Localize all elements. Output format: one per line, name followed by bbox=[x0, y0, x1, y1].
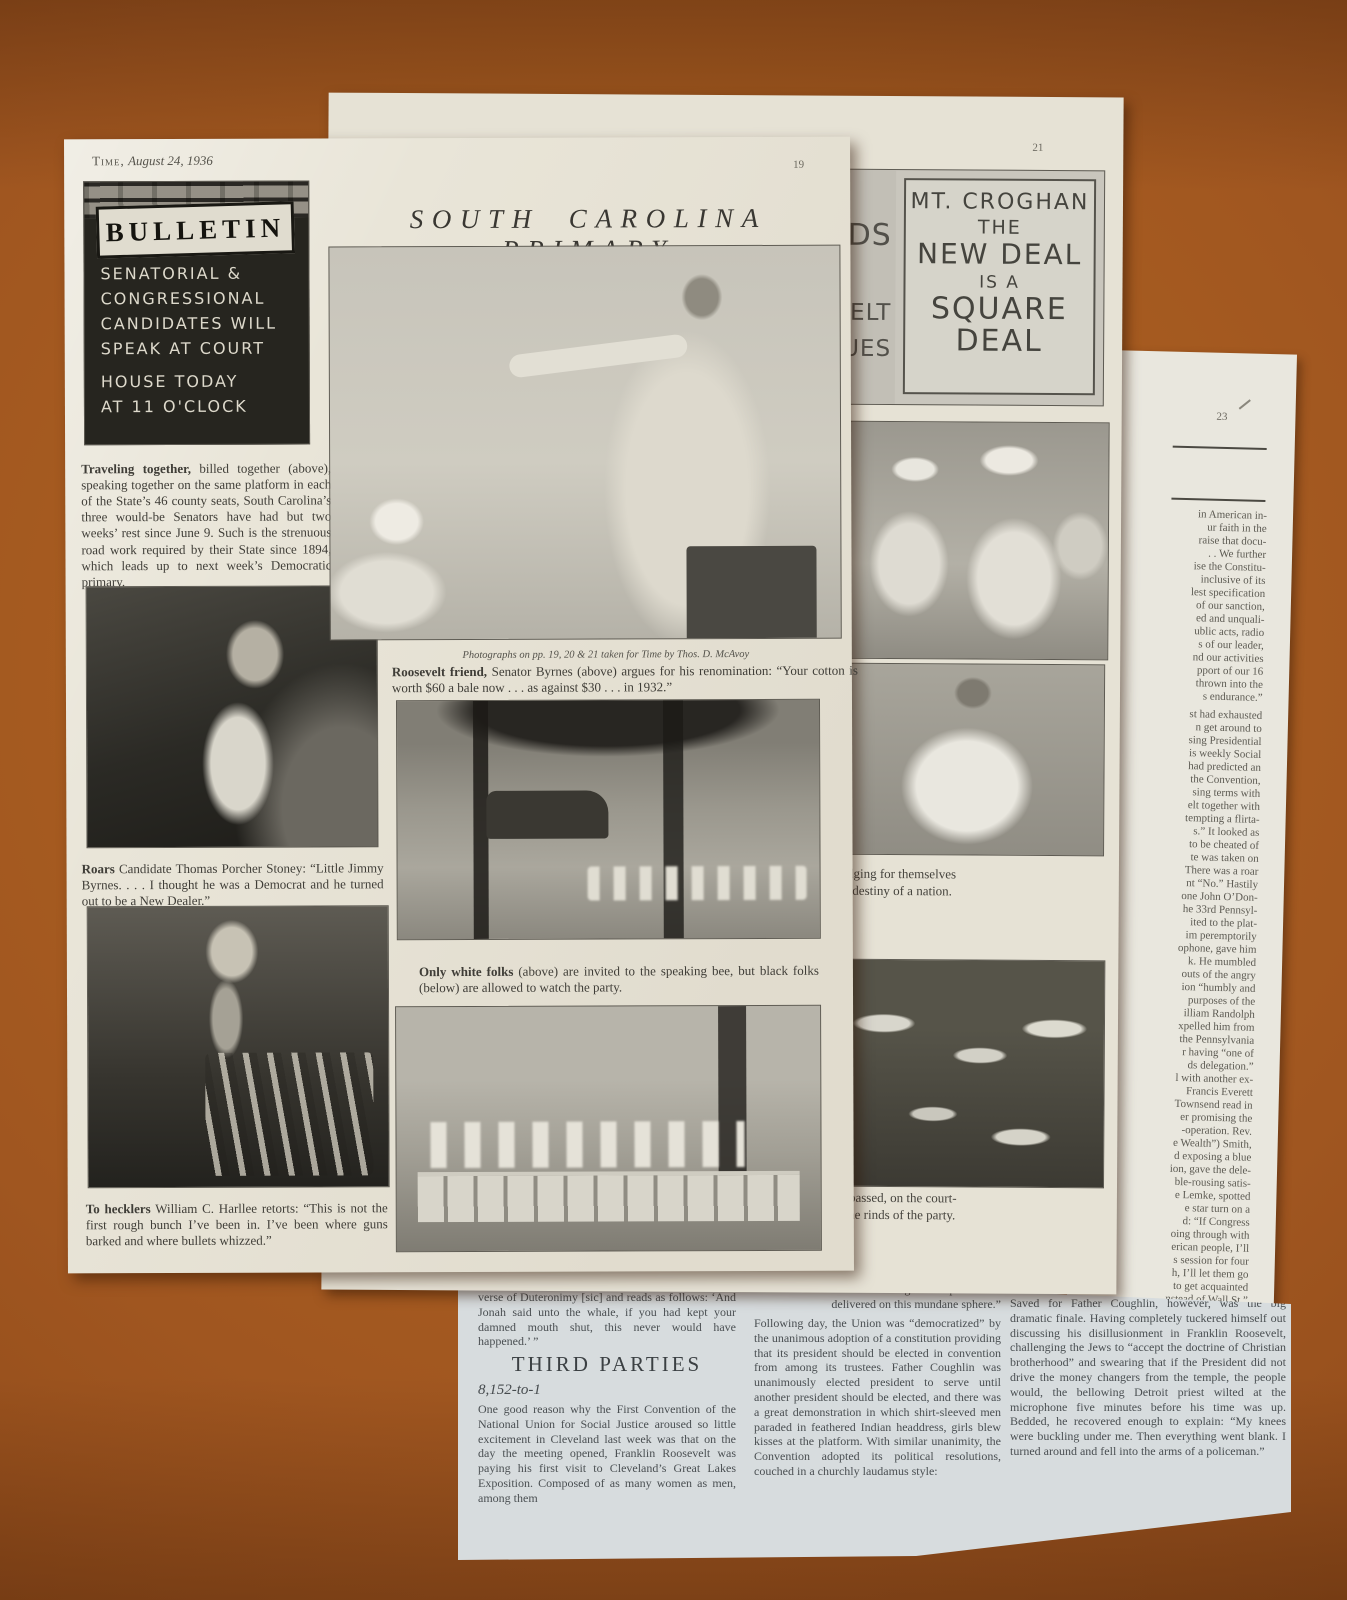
column-text-fragment: in American in- ur faith in the raise th… bbox=[1112, 506, 1267, 705]
crowd-pith-helmets-photo bbox=[830, 421, 1109, 661]
bench-spectators-photo bbox=[395, 1005, 822, 1252]
section-rule bbox=[1171, 498, 1265, 502]
page-number: 19 bbox=[793, 159, 804, 171]
tree-trunk bbox=[663, 700, 684, 938]
column3-paragraph: Saved for Father Coughlin, however, was … bbox=[1010, 1296, 1286, 1459]
car-shape bbox=[486, 791, 608, 839]
sign-line: DEAL bbox=[905, 325, 1093, 359]
caption-roars: Roars Candidate Thomas Porcher Stoney: “… bbox=[82, 860, 384, 909]
caption-rinds: as passed, on the court- n the rinds of … bbox=[835, 1190, 1085, 1225]
issue-date: August 24, 1936 bbox=[128, 153, 213, 168]
magazine-page-19: Time, August 24, 1936 19 SOUTH CAROLINA … bbox=[64, 137, 854, 1274]
chalk-notice: SENATORIAL & CONGRESSIONAL CANDIDATES WI… bbox=[100, 266, 301, 425]
pointing-arm bbox=[508, 333, 688, 378]
section-rule bbox=[1173, 446, 1267, 450]
sign-line: MT. CROGHAN bbox=[906, 190, 1094, 215]
lectern-shape bbox=[686, 546, 816, 638]
caption-to-hecklers: To hecklers William C. Harllee retorts: … bbox=[86, 1200, 388, 1249]
crowd-row bbox=[587, 866, 807, 901]
speaking-bee-crowd-photo bbox=[396, 699, 821, 940]
seated-spectator-photo bbox=[829, 663, 1105, 857]
caption-lead: Traveling together, bbox=[81, 461, 191, 476]
sign-fragment-text: ELT bbox=[850, 300, 891, 326]
caption-lead: Roars bbox=[82, 861, 115, 876]
chalk-line: CANDIDATES WILL bbox=[101, 316, 301, 333]
watermelon-rinds-photo bbox=[827, 959, 1105, 1189]
caption-lead: Roosevelt friend, bbox=[392, 664, 487, 679]
chalk-line: SPEAK AT COURT bbox=[101, 341, 301, 358]
third-parties-heading: THIRD PARTIES bbox=[478, 1352, 736, 1377]
square-deal-sign-photo: DS ELT UES MT. CROGHAN THE NEW DEAL IS A… bbox=[832, 169, 1105, 407]
column2-paragraph: Following day, the Union was “democratiz… bbox=[754, 1316, 1001, 1479]
column1-fragment: verse of Duteronimy [sic] and reads as f… bbox=[478, 1290, 736, 1349]
photo-credit: Photographs on pp. 19, 20 & 21 taken for… bbox=[366, 649, 846, 662]
mt-croghan-sign: MT. CROGHAN THE NEW DEAL IS A SQUARE DEA… bbox=[903, 178, 1096, 395]
bulletin-board-photo: BULLETIN SENATORIAL & CONGRESSIONAL CAND… bbox=[83, 181, 310, 446]
column1-paragraph: One good reason why the First Convention… bbox=[478, 1402, 736, 1506]
sign-line: SQUARE bbox=[905, 293, 1093, 327]
chalk-line: SENATORIAL & bbox=[100, 266, 300, 283]
desk-surface: 23 in American in- ur faith in the raise… bbox=[0, 0, 1347, 1600]
page-number: 23 bbox=[1216, 411, 1227, 423]
caption-roosevelt-friend: Roosevelt friend, Senator Byrnes (above)… bbox=[392, 663, 858, 697]
magazine-name: Time, bbox=[92, 153, 125, 168]
column-text-fragment: st had exhausted n get around to sing Pr… bbox=[1105, 706, 1263, 1022]
crowd-figures bbox=[430, 1121, 744, 1168]
caption-lead: To hecklers bbox=[86, 1201, 151, 1216]
chalk-line: CONGRESSIONAL bbox=[101, 291, 301, 308]
chair-slats bbox=[205, 1052, 373, 1176]
sign-line: THE bbox=[906, 217, 1094, 239]
chalk-line: HOUSE TODAY bbox=[101, 374, 301, 391]
sign-line: NEW DEAL bbox=[906, 239, 1094, 270]
caption-traveling-together: Traveling together, billed together (abo… bbox=[81, 460, 331, 590]
vote-tally-subheading: 8,152-to-1 bbox=[478, 1382, 541, 1399]
sign-line: IS A bbox=[905, 273, 1093, 293]
page-number: 21 bbox=[1032, 142, 1043, 154]
harllee-portrait-photo bbox=[87, 905, 390, 1188]
bench-shape bbox=[418, 1171, 800, 1222]
chalk-line: AT 11 O'CLOCK bbox=[101, 399, 301, 416]
bulletin-plate: BULLETIN bbox=[96, 201, 295, 259]
caption-only-white-folks: Only white folks (above) are invited to … bbox=[419, 963, 819, 997]
column-text-fragment: xpelled him from the Pennsylvania r havi… bbox=[1098, 1018, 1255, 1308]
pen-mark bbox=[1239, 399, 1251, 409]
byrnes-speaking-photo bbox=[328, 245, 841, 641]
caption-judging: judging for themselves he destiny of a n… bbox=[837, 866, 1087, 901]
issue-folio: Time, August 24, 1936 bbox=[92, 153, 213, 169]
caption-lead: Only white folks bbox=[419, 964, 513, 979]
